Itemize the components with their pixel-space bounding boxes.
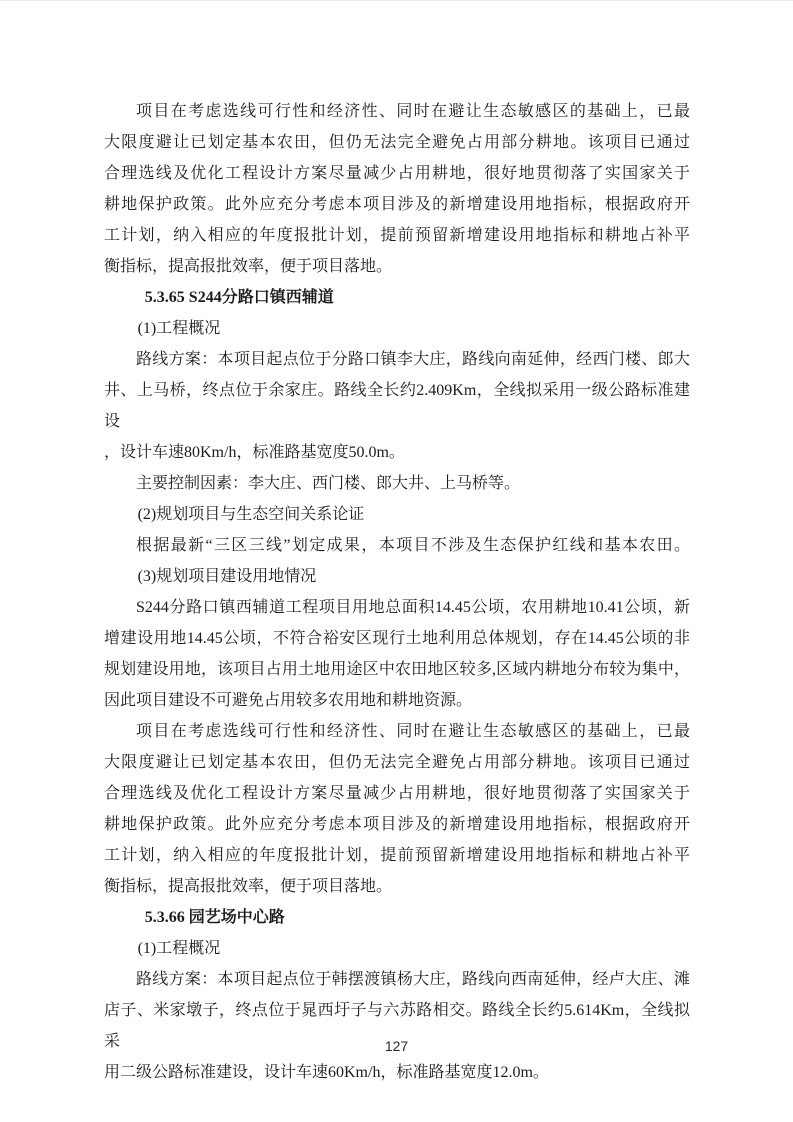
text-line: 工计划，纳入相应的年度报批计划，提前预留新增建设用地指标和耕地占补平 xyxy=(104,840,690,871)
text-line: 井、上马桥，终点位于余家庄。路线全长约2.409Km，全线拟采用一级公路标准建设 xyxy=(104,375,690,437)
text-line: 增建设用地14.45公顷，不符合裕安区现行土地利用总体规划，存在14.45公顷的… xyxy=(104,623,690,654)
text-line: ，设计车速80Km/h，标准路基宽度50.0m。 xyxy=(104,437,690,468)
document-page: 项目在考虑选线可行性和经济性、同时在避让生态敏感区的基础上，已最 大限度避让已划… xyxy=(0,0,793,1122)
text-line: 衡指标，提高报批效率，便于项目落地。 xyxy=(104,871,690,902)
text-line: 大限度避让已划定基本农田，但仍无法完全避免占用部分耕地。该项目已通过 xyxy=(104,127,690,158)
text-line: 因此项目建设不可避免占用较多农用地和耕地资源。 xyxy=(104,685,690,716)
text-line: S244分路口镇西辅道工程项目用地总面积14.45公顷，农用耕地10.41公顷，… xyxy=(104,592,690,623)
sub-heading-land-use: (3)规划项目建设用地情况 xyxy=(104,561,690,592)
text-line: 工计划，纳入相应的年度报批计划，提前预留新增建设用地指标和耕地占补平 xyxy=(104,220,690,251)
text-line: 项目在考虑选线可行性和经济性、同时在避让生态敏感区的基础上，已最 xyxy=(104,716,690,747)
text-line: 耕地保护政策。此外应充分考虑本项目涉及的新增建设用地指标，根据政府开 xyxy=(104,189,690,220)
text-line: 路线方案：本项目起点位于分路口镇李大庄，路线向南延伸，经西门楼、郎大 xyxy=(104,344,690,375)
text-line: 路线方案：本项目起点位于韩摆渡镇杨大庄，路线向西南延伸，经卢大庄、滩 xyxy=(104,964,690,995)
text-line: 合理选线及优化工程设计方案尽量减少占用耕地，很好地贯彻落了实国家关于 xyxy=(104,778,690,809)
paragraph: S244分路口镇西辅道工程项目用地总面积14.45公顷，农用耕地10.41公顷，… xyxy=(104,592,690,716)
text-line: 主要控制因素：李大庄、西门楼、郎大井、上马桥等。 xyxy=(104,468,690,499)
paragraph: 项目在考虑选线可行性和经济性、同时在避让生态敏感区的基础上，已最 大限度避让已划… xyxy=(104,96,690,282)
paragraph: 项目在考虑选线可行性和经济性、同时在避让生态敏感区的基础上，已最 大限度避让已划… xyxy=(104,716,690,902)
paragraph: 根据最新“三区三线”划定成果，本项目不涉及生态保护红线和基本农田。 xyxy=(104,530,690,561)
paragraph: 路线方案：本项目起点位于韩摆渡镇杨大庄，路线向西南延伸，经卢大庄、滩 店子、米家… xyxy=(104,964,690,1088)
text-line: 项目在考虑选线可行性和经济性、同时在避让生态敏感区的基础上，已最 xyxy=(104,96,690,127)
text-line: 合理选线及优化工程设计方案尽量减少占用耕地，很好地贯彻落了实国家关于 xyxy=(104,158,690,189)
text-line: 根据最新“三区三线”划定成果，本项目不涉及生态保护红线和基本农田。 xyxy=(104,530,690,561)
sub-heading-engineering-overview: (1)工程概况 xyxy=(104,933,690,964)
sub-heading-engineering-overview: (1)工程概况 xyxy=(104,313,690,344)
sub-heading-ecological-space: (2)规划项目与生态空间关系论证 xyxy=(104,499,690,530)
text-line: 衡指标，提高报批效率，便于项目落地。 xyxy=(104,251,690,282)
section-heading-5-3-65: 5.3.65 S244分路口镇西辅道 xyxy=(104,282,690,313)
paragraph: 路线方案：本项目起点位于分路口镇李大庄，路线向南延伸，经西门楼、郎大 井、上马桥… xyxy=(104,344,690,468)
text-line: 用二级公路标准建设，设计车速60Km/h，标准路基宽度12.0m。 xyxy=(104,1057,690,1088)
page-number: 127 xyxy=(0,1038,793,1054)
text-line: 规划建设用地，该项目占用土地用途区中农田地区较多,区域内耕地分布较为集中， xyxy=(104,654,690,685)
text-line: 大限度避让已划定基本农田，但仍无法完全避免占用部分耕地。该项目已通过 xyxy=(104,747,690,778)
document-content: 项目在考虑选线可行性和经济性、同时在避让生态敏感区的基础上，已最 大限度避让已划… xyxy=(104,96,690,1088)
section-heading-5-3-66: 5.3.66 园艺场中心路 xyxy=(104,902,690,933)
paragraph: 主要控制因素：李大庄、西门楼、郎大井、上马桥等。 xyxy=(104,468,690,499)
text-line: 耕地保护政策。此外应充分考虑本项目涉及的新增建设用地指标，根据政府开 xyxy=(104,809,690,840)
